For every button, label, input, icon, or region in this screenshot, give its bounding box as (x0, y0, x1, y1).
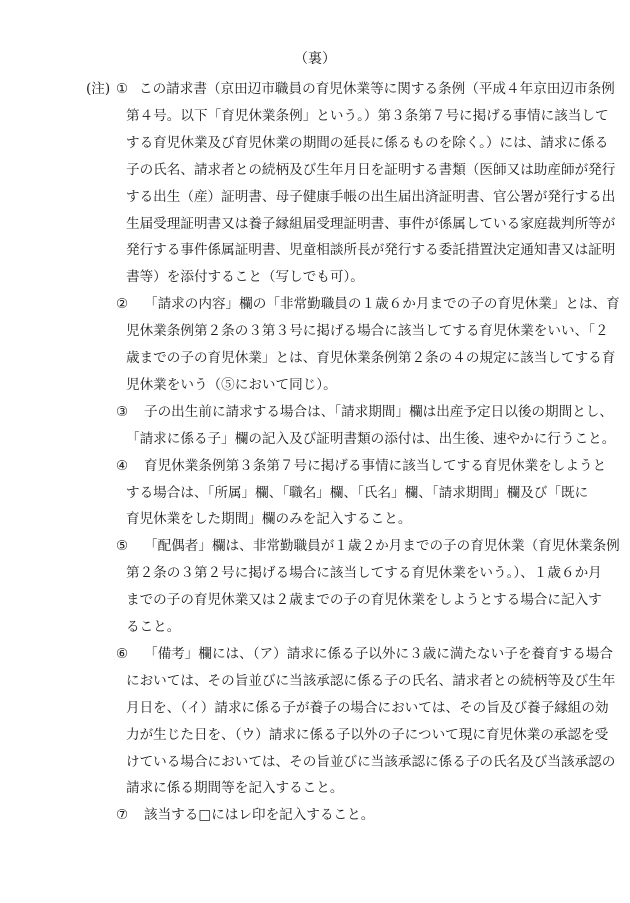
note-line: する場合は、「所属」欄、「職名」欄、「氏名」欄、「請求期間」欄及び「既に (126, 485, 553, 501)
note-line: 「請求に係る子」欄の記入及び証明書類の添付は、出生後、速やかに行うこと。 (126, 431, 615, 447)
note-line: 歳までの子の育児休業」とは、育児休業条例第２条の４の規定に該当してする育 (126, 350, 553, 366)
note-line: 該当する□にはレ印を記入すること。 (144, 807, 374, 823)
note-line: ること。 (126, 619, 180, 635)
note-line: する出生（産）証明書、母子健康手帳の出生届出済証明書、官公署が発行する出 (126, 189, 553, 205)
note-line: 子の氏名、請求者との続柄及び生年月日を証明する書類（医師又は助産師が発行 (126, 162, 553, 178)
note-number: ② (116, 296, 128, 312)
page-side-title: （裏） (0, 48, 630, 68)
note-line: 第４号。以下「育児休業条例」という。）第３条第７号に掲げる事情に該当して (126, 108, 553, 124)
note-line: 力が生じた日を、（ウ）請求に係る子以外の子について現に育児休業の承認を受 (126, 727, 553, 743)
note-line: 「備考」欄には、（ア）請求に係る子以外に３歳に満たない子を養育する場合 (144, 646, 553, 662)
note-number: ① (116, 81, 128, 97)
note-number: ⑦ (116, 807, 128, 823)
note-line: けている場合においては、その旨並びに当該承認に係る子の氏名及び当該承認の (126, 754, 553, 770)
note-number: ⑤ (116, 538, 128, 554)
note-line: 育児休業条例第３条第７号に掲げる事情に該当してする育児休業をしようと (144, 458, 553, 474)
note-line: 請求に係る期間等を記入すること。 (126, 780, 344, 796)
note-line: 子の出生前に請求する場合は、「請求期間」欄は出産予定日以後の期間とし、 (144, 404, 553, 420)
note-number: ⑥ (116, 646, 128, 662)
note-line: する育児休業及び育児休業の期間の延長に係るものを除く。）には、請求に係る (126, 135, 553, 151)
note-line: 「請求の内容」欄の「非常勤職員の１歳６か月までの子の育児休業」とは、育 (144, 296, 553, 312)
note-line: 月日を、（イ）請求に係る子が養子の場合においては、その旨及び養子縁組の効 (126, 700, 553, 716)
note-line: においては、その旨並びに当該承認に係る子の氏名、請求者との続柄等及び生年 (126, 673, 553, 689)
note-line: 児休業をいう（⑤において同じ）。 (126, 377, 337, 393)
note-line: までの子の育児休業又は２歳までの子の育児休業をしようとする場合に記入す (126, 592, 553, 608)
note-line: 書等）を添付すること（写しでも可）。 (126, 269, 364, 285)
note-number: ③ (116, 404, 128, 420)
note-line: 第２条の３第２号に掲げる場合に該当してする育児休業をいう。）、１歳６か月 (126, 565, 553, 581)
note-label: (注) (86, 81, 110, 97)
note-line: 生届受理証明書又は養子縁組届受理証明書、事件が係属している家庭裁判所等が (126, 216, 553, 232)
note-line: 発行する事件係属証明書、児童相談所長が発行する委託措置決定通知書又は証明 (126, 242, 553, 258)
note-line: この請求書（京田辺市職員の育児休業等に関する条例（平成４年京田辺市条例 (139, 81, 553, 97)
note-line: 「配偶者」欄は、非常勤職員が１歳２か月までの子の育児休業（育児休業条例 (144, 538, 553, 554)
note-number: ④ (116, 458, 128, 474)
note-line: 児休業条例第２条の３第３号に掲げる場合に該当してする育児休業をいい、「２ (126, 323, 553, 339)
note-line: 育児休業をした期間」欄のみを記入すること。 (126, 511, 411, 527)
